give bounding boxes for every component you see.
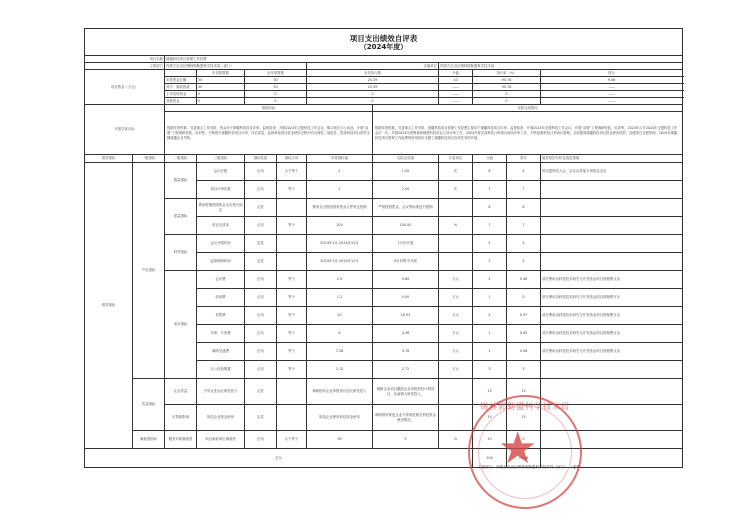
indicator-score: 7 [473, 217, 507, 235]
funds-row: 年度资金总额303025.391090.789.08 [85, 77, 683, 84]
indicator-score: 2 [473, 307, 507, 325]
expected-text: 根据年度预算，完善重点工作安排，资金用于援疆科技项目评审、监督检查，开展2024… [165, 112, 373, 155]
indicator-score: 5 [473, 253, 507, 271]
level2-cell: 成本指标 [165, 271, 197, 379]
indicator-got: 7 [507, 217, 541, 235]
indicator-score: 5 [473, 235, 507, 253]
indicator-name: 评审、专家费 [197, 325, 245, 343]
indicator-actual: 严格按照资金、会议等标准进行报销 [373, 199, 439, 217]
funds-col-header: 年初预算数 [197, 70, 245, 77]
indicator-note: 因全盟科技大会、会议由其他专项资金支出 [541, 163, 683, 181]
funds-cell: —— [439, 91, 473, 98]
indicator-col-header: 指标方向 [277, 155, 307, 163]
indicator-note [541, 181, 683, 199]
funds-col-header: 执行率（%） [473, 70, 541, 77]
indicator-name: 培训费 [197, 289, 245, 307]
indicator-unit: % [439, 217, 473, 235]
indicator-nature: 定性 [245, 405, 277, 431]
indicator-target: 90 [307, 431, 373, 449]
indicator-nature: 定性 [245, 253, 277, 271]
funds-cell: 0 [197, 91, 245, 98]
indicator-name: 费用报销按照资金支出相关规定 [197, 199, 245, 217]
goals-section: 年度总体目标预期目标实际完成情况根据年度预算，完善重点工作安排，资金用于援疆科技… [85, 105, 683, 155]
indicator-unit: 万元 [439, 325, 473, 343]
funds-col-header: 分值 [439, 70, 473, 77]
indicator-col-header: 得分 [507, 155, 541, 163]
indicator-row: 绩效指标产出指标数量指标会议次数正向大于等于21.00次84因全盟科技大会、会议… [85, 163, 683, 181]
indicator-nature: 正向 [245, 431, 277, 449]
funds-cell: 0 [245, 98, 307, 105]
official-seal: 锡林郭勒盟科学技术局 ★ [468, 395, 582, 509]
indicator-direction: 等于 [277, 325, 307, 343]
funds-col-header: 得分 [541, 70, 683, 77]
level2-cell: 社会效益 [165, 379, 197, 405]
indicator-name: 监督调研时间 [197, 253, 245, 271]
evaluation-table: 项目支出绩效自评表 （2024年度） 项目名称 援疆科技项目管理工作经费 主管部… [84, 28, 683, 468]
document-subtitle: （2024年度） [86, 43, 681, 51]
indicator-score: 1 [473, 289, 507, 307]
indicator-got: 7 [507, 181, 541, 199]
funds-cell: 30 [197, 84, 245, 91]
indicator-target: 2.12 [307, 361, 373, 379]
indicator-direction: 等于 [277, 181, 307, 199]
funds-cell: —— [541, 91, 683, 98]
indicator-unit: 万元 [439, 361, 473, 379]
level2-cell: 质量指标 [165, 199, 197, 235]
funds-col-header: 全年执行数 [307, 70, 439, 77]
indicator-got: 0.63 [507, 325, 541, 343]
indicator-actual: 16.93 [373, 307, 439, 325]
indicator-nature: 正向 [245, 325, 277, 343]
funds-cell: 上年结转资金 [165, 91, 197, 98]
funds-cell: 年度资金总额 [165, 77, 197, 84]
indicator-actual: 100.00 [373, 217, 439, 235]
level1-cell: 满意度指标 [133, 431, 165, 449]
funds-cell: 30 [245, 84, 307, 91]
indicator-target: 费用支出按照国家资金文件规定报销 [307, 199, 373, 217]
indicator-unit [439, 379, 473, 405]
funds-cell: —— [439, 98, 473, 105]
indicator-unit: 次 [439, 163, 473, 181]
indicator-direction: 等于 [277, 271, 307, 289]
level2-cell: 可持续影响 [165, 405, 197, 431]
impl-value: 内蒙古自治区锡林郭勒盟科学技术局 [439, 63, 683, 70]
dept-label: 主管部门 [85, 63, 165, 70]
indicator-actual: 1月份开展 [373, 235, 439, 253]
indicator-col-header: 偏差原因分析及改进措施 [541, 155, 683, 163]
indicator-direction [277, 199, 307, 217]
indicator-score: 2 [473, 271, 507, 289]
funds-cell: 0 [473, 98, 541, 105]
funds-col-header [165, 70, 197, 77]
signoff-dept: 主管部门：内蒙古自治区锡林郭勒盟科学技术局（部门） [478, 465, 568, 469]
indicator-unit [439, 405, 473, 431]
project-name: 援疆科技项目管理工作经费 [165, 56, 683, 63]
indicator-target: 调研指导企业申报项目加大研发投入 [307, 379, 373, 405]
indicator-got: 0.56 [507, 343, 541, 361]
indicator-note: 部分费用由科技技术研究与开发资金项目管理费支出 [541, 271, 683, 289]
funds-cell: 9.08 [541, 77, 683, 84]
indicator-got: 3 [507, 361, 541, 379]
indicator-nature: 定性 [245, 379, 277, 405]
indicator-unit: 万元 [439, 271, 473, 289]
indicator-actual: 4.36 [373, 325, 439, 343]
indicator-direction: 大于等于 [277, 163, 307, 181]
indicator-actual: 6月份集中开展 [373, 253, 439, 271]
indicator-col-header: 三级指标 [197, 155, 245, 163]
indicator-name: 会议次数 [197, 163, 245, 181]
indicator-actual: 2.72 [373, 361, 439, 379]
indicator-got: 0 [507, 289, 541, 307]
level0-cell: 绩效指标 [85, 163, 133, 449]
funds-cell: 其他资金 [165, 98, 197, 105]
level1-cell: 产出指标 [133, 163, 165, 379]
funds-section: 项目资金（万元）年初预算数全年预算数全年执行数分值执行率（%）得分年度资金总额3… [85, 70, 683, 105]
funds-cell: 0 [307, 98, 439, 105]
indicator-actual: 1.00 [373, 163, 439, 181]
indicator-col-header: 实际完成值 [373, 155, 439, 163]
indicator-col-header: 绩效指标 [85, 155, 133, 163]
indicator-row: 可持续影响规范企业资金使用定性规范企业使用科技资金使用调研指导规范企业专家规范相… [85, 405, 683, 431]
indicator-got: 0.97 [507, 307, 541, 325]
funds-row: 上年结转资金000——0—— [85, 91, 683, 98]
indicator-row: 效益指标社会效益引导企业加大研发投入定性调研指导企业申报项目加大研发投入调研企业… [85, 379, 683, 405]
indicator-direction: 等于 [277, 217, 307, 235]
indicators-section: 绩效指标一级指标二级指标三级指标指标性质指标方向年度指标值实际完成值计量单位分值… [85, 155, 683, 468]
level1-cell: 效益指标 [133, 379, 165, 431]
indicator-nature: 正向 [245, 217, 277, 235]
indicator-got: 0.46 [507, 271, 541, 289]
indicator-target: 2024年1月-2024年12月 [307, 253, 373, 271]
indicator-got: 5 [507, 235, 541, 253]
indicator-name: 项目评审次数 [197, 181, 245, 199]
expected-header: 预期目标 [165, 105, 373, 112]
indicator-note [541, 361, 683, 379]
indicator-note: 部分费用由科技技术研究与开发资金项目管理费支出 [541, 307, 683, 325]
actual-header: 实际完成情况 [373, 105, 683, 112]
indicator-actual: 0.80 [373, 271, 439, 289]
indicator-col-header: 二级指标 [165, 155, 197, 163]
signoff-text: 主管部门：内蒙古自治区锡林郭勒盟科学技术局（部门） （盖章） [478, 465, 583, 470]
indicator-col-header: 年度指标值 [307, 155, 373, 163]
indicator-row: 成本指标会议费正向等于2.50.80万元20.46部分费用由科技技术研究与开发资… [85, 271, 683, 289]
indicator-nature: 正向 [245, 181, 277, 199]
indicator-score: 7 [473, 181, 507, 199]
indicator-got: 4 [507, 163, 541, 181]
indicator-name: 项目完成率 [197, 217, 245, 235]
indicator-direction [277, 235, 307, 253]
title-cell: 项目支出绩效自评表 （2024年度） [85, 29, 683, 56]
indicator-score: 8 [473, 163, 507, 181]
indicator-score: 3 [473, 361, 507, 379]
funds-cell: 0 [307, 91, 439, 98]
total-label: 总分 [85, 449, 473, 468]
indicator-name: 项目承担单位满意度 [197, 431, 245, 449]
indicator-nature: 定性 [245, 199, 277, 217]
indicator-direction: 大于等于 [277, 431, 307, 449]
indicator-row: 时效指标会议开展时间定性2024年1月-2024年12月1月份开展55 [85, 235, 683, 253]
indicator-actual: 0 [373, 431, 439, 449]
indicator-col-header: 计量单位 [439, 155, 473, 163]
evaluation-form: 项目支出绩效自评表 （2024年度） 项目名称 援疆科技项目管理工作经费 主管部… [84, 28, 682, 468]
indicator-got: 8 [507, 199, 541, 217]
funds-cell: —— [541, 98, 683, 105]
indicator-target: 1 [307, 181, 373, 199]
indicator-target: 2.5 [307, 271, 373, 289]
indicator-target: 2024年1月-2024年12月 [307, 235, 373, 253]
indicator-direction: 等于 [277, 361, 307, 379]
indicator-unit: 万元 [439, 289, 473, 307]
funds-cell: 25.39 [307, 84, 439, 91]
indicator-target: 6 [307, 325, 373, 343]
funds-row: 其中：财政拨款303025.39——90.78—— [85, 84, 683, 91]
indicator-col-header: 指标性质 [245, 155, 277, 163]
funds-cell: 10 [439, 77, 473, 84]
indicator-direction: 等于 [277, 289, 307, 307]
indicator-row: 满意度指标服务对象满意度项目承担单位满意度正向大于等于900%100 [85, 431, 683, 449]
indicator-unit: 次 [439, 181, 473, 199]
indicator-note: 部分费用由科技技术研究与开发资金项目管理费支出 [541, 325, 683, 343]
indicator-nature: 正向 [245, 163, 277, 181]
document-title: 项目支出绩效自评表 [86, 34, 681, 43]
funds-cell: 其中：财政拨款 [165, 84, 197, 91]
funds-cell: 0 [473, 91, 541, 98]
indicator-actual: 3.78 [373, 343, 439, 361]
indicator-row: 质量指标费用报销按照资金支出相关规定定性费用支出按照国家资金文件规定报销严格按照… [85, 199, 683, 217]
dept-value: 内蒙古自治区锡林郭勒盟科学技术局（部门） [165, 63, 307, 70]
impl-label: 实施单位 [307, 63, 439, 70]
funds-cell: 0 [245, 91, 307, 98]
indicator-target: 规范企业使用科技资金使用 [307, 405, 373, 431]
indicator-note: 部分费用由科技技术研究与开发资金项目管理费支出 [541, 343, 683, 361]
indicator-note [541, 199, 683, 217]
indicator-target: 100 [307, 217, 373, 235]
indicator-nature: 正向 [245, 343, 277, 361]
indicator-note [541, 253, 683, 271]
indicator-direction [277, 405, 307, 431]
project-name-label: 项目名称 [85, 56, 165, 63]
indicator-nature: 正向 [245, 361, 277, 379]
indicator-target: 2 [307, 163, 373, 181]
indicator-unit: 万元 [439, 343, 473, 361]
funds-cell: —— [541, 84, 683, 91]
indicator-name: 调研交通费 [197, 343, 245, 361]
indicator-direction [277, 379, 307, 405]
goals-label: 年度总体目标 [85, 105, 165, 155]
indicator-note [541, 217, 683, 235]
indicator-name: 差旅费 [197, 307, 245, 325]
funds-cell: 30 [245, 77, 307, 84]
indicator-nature: 定性 [245, 235, 277, 253]
indicator-direction: 等于 [277, 307, 307, 325]
signoff-sub: （盖章） [569, 465, 583, 469]
indicator-got: 5 [507, 253, 541, 271]
funds-row: 其他资金000——0—— [85, 98, 683, 105]
indicator-actual: 调研指导规范企业专家规范相关科技资金使用情况。 [373, 405, 439, 431]
indicator-target: 1.2 [307, 289, 373, 307]
funds-cell: 0 [197, 98, 245, 105]
indicator-unit [439, 253, 473, 271]
indicator-direction [277, 253, 307, 271]
funds-cell: 90.78 [473, 84, 541, 91]
level2-cell: 服务对象满意度 [165, 431, 197, 449]
indicator-name: 引导企业加大研发投入 [197, 379, 245, 405]
indicator-score: 1 [473, 325, 507, 343]
indicator-actual: 0.00 [373, 289, 439, 307]
indicator-name: 会议费 [197, 271, 245, 289]
indicator-note: 部分费用由科技技术研究与开发资金项目管理费支出 [541, 289, 683, 307]
indicator-unit [439, 235, 473, 253]
indicator-unit: 万元 [439, 307, 473, 325]
indicator-col-header: 分值 [473, 155, 507, 163]
funds-cell: 25.39 [307, 77, 439, 84]
indicator-actual: 2.00 [373, 181, 439, 199]
indicator-nature: 正向 [245, 271, 277, 289]
indicator-direction: 等于 [277, 343, 307, 361]
seal-text: 锡林郭勒盟科学技术局 [470, 401, 580, 412]
funds-cell: 90.78 [473, 77, 541, 84]
indicator-target: 7.28 [307, 343, 373, 361]
funds-cell: 30 [197, 77, 245, 84]
indicator-target: 20 [307, 307, 373, 325]
level2-cell: 数量指标 [165, 163, 197, 199]
indicator-name: 规范企业资金使用 [197, 405, 245, 431]
indicator-score: 1 [473, 343, 507, 361]
indicator-score: 8 [473, 199, 507, 217]
indicator-nature: 正向 [245, 307, 277, 325]
indicator-actual: 调研企业项目激励企业申报科技计划项目，从而增大研发投入。 [373, 379, 439, 405]
indicator-name: 办公设备购置 [197, 361, 245, 379]
indicator-unit [439, 199, 473, 217]
indicator-nature: 正向 [245, 289, 277, 307]
funds-label: 项目资金（万元） [85, 70, 165, 105]
indicator-name: 会议开展时间 [197, 235, 245, 253]
funds-col-header: 全年预算数 [245, 70, 307, 77]
indicator-col-header: 一级指标 [133, 155, 165, 163]
actual-text: 根据年度预算，完善重点工作安排，援疆科技项目管理工作经费主要用于援疆科技项目评审… [373, 112, 683, 155]
level2-cell: 时效指标 [165, 235, 197, 271]
funds-cell: —— [439, 84, 473, 91]
indicator-note [541, 235, 683, 253]
